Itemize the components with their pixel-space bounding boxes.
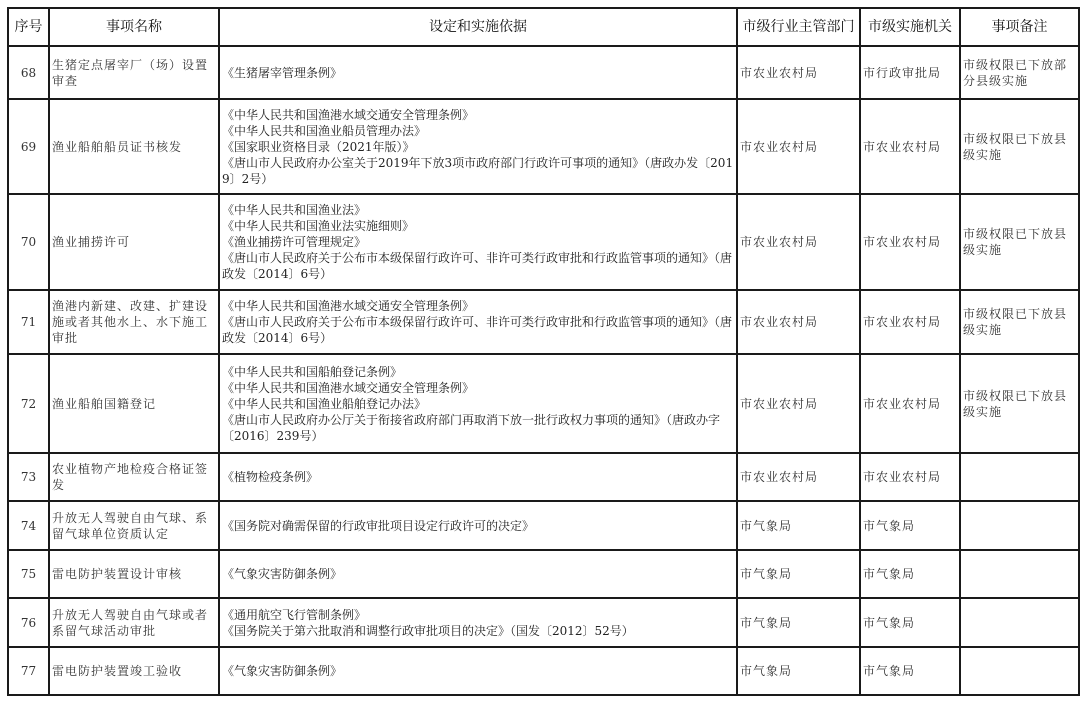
cell-agency: 市气象局	[860, 501, 960, 550]
table-row: 69 渔业船舶船员证书核发 《中华人民共和国渔港水域交通安全管理条例》 《中华人…	[8, 99, 1079, 194]
basis-line: 《唐山市人民政府办公厅关于衔接省政府部门再取消下放一批行政权力事项的通知》（唐政…	[222, 412, 734, 444]
administrative-items-table: 序号 事项名称 设定和实施依据 市级行业主管部门 市级实施机关 事项备注 68 …	[7, 7, 1080, 696]
basis-line: 《国务院关于第六批取消和调整行政审批项目的决定》（国发〔2012〕52号）	[222, 623, 734, 639]
cell-note	[960, 647, 1079, 695]
cell-name: 渔业船舶国籍登记	[49, 354, 219, 453]
basis-line: 《唐山市人民政府关于公布市本级保留行政许可、非许可类行政审批和行政监管事项的通知…	[222, 250, 734, 282]
basis-line: 《气象灾害防御条例》	[222, 663, 734, 679]
cell-no: 68	[8, 46, 49, 99]
basis-line: 《植物检疫条例》	[222, 469, 734, 485]
basis-line: 《国家职业资格目录（2021年版）》	[222, 139, 734, 155]
cell-dept: 市农业农村局	[737, 453, 860, 501]
cell-dept: 市气象局	[737, 550, 860, 598]
basis-line: 《唐山市人民政府办公室关于2019年下放3项市政府部门行政许可事项的通知》（唐政…	[222, 155, 734, 187]
cell-dept: 市气象局	[737, 598, 860, 647]
cell-note	[960, 453, 1079, 501]
header-name: 事项名称	[49, 8, 219, 46]
basis-line: 《通用航空飞行管制条例》	[222, 607, 734, 623]
cell-dept: 市农业农村局	[737, 99, 860, 194]
basis-line: 《中华人民共和国渔港水域交通安全管理条例》	[222, 107, 734, 123]
cell-no: 73	[8, 453, 49, 501]
cell-agency: 市气象局	[860, 598, 960, 647]
cell-basis: 《国务院对确需保留的行政审批项目设定行政许可的决定》	[219, 501, 737, 550]
basis-line: 《唐山市人民政府关于公布市本级保留行政许可、非许可类行政审批和行政监管事项的通知…	[222, 314, 734, 346]
cell-basis: 《植物检疫条例》	[219, 453, 737, 501]
header-row: 序号 事项名称 设定和实施依据 市级行业主管部门 市级实施机关 事项备注	[8, 8, 1079, 46]
header-agency: 市级实施机关	[860, 8, 960, 46]
basis-line: 《中华人民共和国船舶登记条例》	[222, 364, 734, 380]
table-row: 77 雷电防护装置竣工验收 《气象灾害防御条例》 市气象局 市气象局	[8, 647, 1079, 695]
table-row: 72 渔业船舶国籍登记 《中华人民共和国船舶登记条例》 《中华人民共和国渔港水域…	[8, 354, 1079, 453]
basis-line: 《中华人民共和国渔港水域交通安全管理条例》	[222, 380, 734, 396]
cell-no: 77	[8, 647, 49, 695]
header-dept: 市级行业主管部门	[737, 8, 860, 46]
cell-agency: 市农业农村局	[860, 194, 960, 290]
cell-no: 69	[8, 99, 49, 194]
basis-line: 《气象灾害防御条例》	[222, 566, 734, 582]
cell-agency: 市气象局	[860, 550, 960, 598]
table-row: 70 渔业捕捞许可 《中华人民共和国渔业法》 《中华人民共和国渔业法实施细则》 …	[8, 194, 1079, 290]
table-row: 73 农业植物产地检疫合格证签发 《植物检疫条例》 市农业农村局 市农业农村局	[8, 453, 1079, 501]
cell-name: 雷电防护装置竣工验收	[49, 647, 219, 695]
cell-agency: 市农业农村局	[860, 453, 960, 501]
cell-no: 74	[8, 501, 49, 550]
cell-note: 市级权限已下放县级实施	[960, 290, 1079, 354]
cell-agency: 市行政审批局	[860, 46, 960, 99]
cell-note: 市级权限已下放县级实施	[960, 354, 1079, 453]
basis-line: 《国务院对确需保留的行政审批项目设定行政许可的决定》	[222, 518, 734, 534]
basis-line: 《渔业捕捞许可管理规定》	[222, 234, 734, 250]
header-basis: 设定和实施依据	[219, 8, 737, 46]
cell-agency: 市农业农村局	[860, 354, 960, 453]
cell-basis: 《气象灾害防御条例》	[219, 550, 737, 598]
cell-basis: 《中华人民共和国船舶登记条例》 《中华人民共和国渔港水域交通安全管理条例》 《中…	[219, 354, 737, 453]
cell-dept: 市农业农村局	[737, 354, 860, 453]
cell-note: 市级权限已下放县级实施	[960, 194, 1079, 290]
table-row: 71 渔港内新建、改建、扩建设施或者其他水上、水下施工审批 《中华人民共和国渔港…	[8, 290, 1079, 354]
cell-no: 72	[8, 354, 49, 453]
cell-name: 渔港内新建、改建、扩建设施或者其他水上、水下施工审批	[49, 290, 219, 354]
cell-agency: 市农业农村局	[860, 290, 960, 354]
cell-dept: 市农业农村局	[737, 290, 860, 354]
cell-name: 升放无人驾驶自由气球、系留气球单位资质认定	[49, 501, 219, 550]
cell-basis: 《生猪屠宰管理条例》	[219, 46, 737, 99]
basis-line: 《中华人民共和国渔业船舶登记办法》	[222, 396, 734, 412]
basis-line: 《中华人民共和国渔业法实施细则》	[222, 218, 734, 234]
cell-no: 75	[8, 550, 49, 598]
cell-basis: 《气象灾害防御条例》	[219, 647, 737, 695]
cell-basis: 《中华人民共和国渔业法》 《中华人民共和国渔业法实施细则》 《渔业捕捞许可管理规…	[219, 194, 737, 290]
table-row: 74 升放无人驾驶自由气球、系留气球单位资质认定 《国务院对确需保留的行政审批项…	[8, 501, 1079, 550]
basis-line: 《生猪屠宰管理条例》	[222, 65, 734, 81]
header-no: 序号	[8, 8, 49, 46]
basis-line: 《中华人民共和国渔业船员管理办法》	[222, 123, 734, 139]
table-row: 75 雷电防护装置设计审核 《气象灾害防御条例》 市气象局 市气象局	[8, 550, 1079, 598]
cell-name: 农业植物产地检疫合格证签发	[49, 453, 219, 501]
cell-no: 70	[8, 194, 49, 290]
cell-agency: 市农业农村局	[860, 99, 960, 194]
cell-no: 76	[8, 598, 49, 647]
cell-dept: 市气象局	[737, 501, 860, 550]
cell-name: 升放无人驾驶自由气球或者系留气球活动审批	[49, 598, 219, 647]
cell-name: 渔业捕捞许可	[49, 194, 219, 290]
cell-note: 市级权限已下放县级实施	[960, 99, 1079, 194]
header-note: 事项备注	[960, 8, 1079, 46]
cell-dept: 市农业农村局	[737, 194, 860, 290]
cell-basis: 《中华人民共和国渔港水域交通安全管理条例》 《中华人民共和国渔业船员管理办法》 …	[219, 99, 737, 194]
basis-line: 《中华人民共和国渔业法》	[222, 202, 734, 218]
table-row: 76 升放无人驾驶自由气球或者系留气球活动审批 《通用航空飞行管制条例》 《国务…	[8, 598, 1079, 647]
basis-line: 《中华人民共和国渔港水域交通安全管理条例》	[222, 298, 734, 314]
cell-note: 市级权限已下放部分县级实施	[960, 46, 1079, 99]
cell-name: 渔业船舶船员证书核发	[49, 99, 219, 194]
cell-note	[960, 550, 1079, 598]
cell-basis: 《中华人民共和国渔港水域交通安全管理条例》 《唐山市人民政府关于公布市本级保留行…	[219, 290, 737, 354]
cell-note	[960, 501, 1079, 550]
cell-note	[960, 598, 1079, 647]
cell-name: 生猪定点屠宰厂（场）设置审查	[49, 46, 219, 99]
table-row: 68 生猪定点屠宰厂（场）设置审查 《生猪屠宰管理条例》 市农业农村局 市行政审…	[8, 46, 1079, 99]
cell-dept: 市农业农村局	[737, 46, 860, 99]
cell-agency: 市气象局	[860, 647, 960, 695]
cell-dept: 市气象局	[737, 647, 860, 695]
cell-basis: 《通用航空飞行管制条例》 《国务院关于第六批取消和调整行政审批项目的决定》（国发…	[219, 598, 737, 647]
cell-no: 71	[8, 290, 49, 354]
cell-name: 雷电防护装置设计审核	[49, 550, 219, 598]
